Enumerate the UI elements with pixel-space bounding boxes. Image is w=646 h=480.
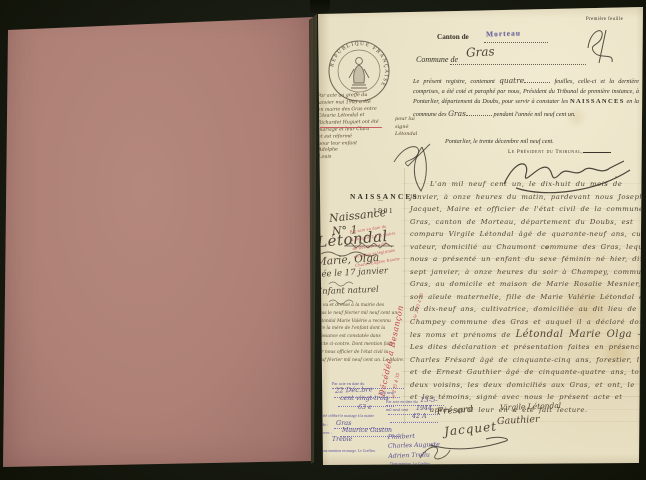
act-line: Charles Frésard âgé de cinquante-cinq an… [410, 354, 642, 367]
register-cover [0, 0, 316, 474]
section-dash: — [378, 199, 383, 204]
binding-clip [310, 0, 330, 13]
stamp2-print-line: a été célébré le mariage à la mairie [320, 414, 374, 418]
note-line: Létondal [395, 131, 417, 139]
act-line: deux voisins, les deux domiciliés aux Gr… [410, 379, 642, 392]
act-line: comparu Virgile Létondal âgé de quarante… [410, 228, 642, 241]
mention-line: par nous officier de l'état civil le [316, 349, 412, 357]
entry-word-handwritten: Naissance [328, 206, 386, 225]
margin-status-note: Enfant naturel [316, 285, 379, 297]
dotted-rule [390, 422, 438, 423]
red-underline [320, 127, 382, 128]
scanned-register-view: Première feuille Canton de Morteau Commu… [0, 0, 646, 480]
act-line: Gras, au domicile et maison de Marie Ros… [410, 278, 642, 291]
section-title: NAISSANCES [350, 192, 419, 201]
act-line: sept janvier, à onze heures du soir à Ch… [410, 266, 642, 279]
dotted-gap [524, 77, 550, 83]
act-line: de dix-neuf ans, cultivatrice, domicilié… [410, 303, 642, 316]
stamp3-ref-hand: 42 A [412, 413, 427, 420]
act-line-prefix: les noms et prénoms de [410, 331, 511, 339]
folio-paraph-flourish [578, 22, 624, 64]
stamp1-ref-hand: 63 e [358, 404, 372, 411]
stamp3-print-line: mil neuf cent [386, 407, 408, 412]
dotted-rule [386, 405, 444, 406]
secretary-note: pour lui signé Létondal [395, 116, 417, 139]
dotted-rule [484, 42, 548, 43]
stamp2-print-line: avec : [322, 430, 332, 435]
stamp2-footer: Dont mention en marge. Le Greffier. [320, 449, 376, 453]
canton-label: Canton de [437, 33, 469, 41]
signature-witness2: Gauthier [497, 414, 540, 427]
act-line: Jacquet, Maire et officier de l'état civ… [410, 203, 642, 216]
act-line-child-name: les noms et prénoms de Létondal Marie Ol… [410, 329, 642, 342]
mention-line: neuf février mil neuf cent un. Le Maire. [316, 357, 412, 365]
act-line: janvier, à onze heures du matin, pardeva… [410, 191, 642, 204]
register-page: Première feuille Canton de Morteau Commu… [314, 6, 646, 468]
stamp3-date-hand: 13-5- [420, 396, 438, 404]
act-line: son aïeule maternelle, fille de Marie Va… [410, 291, 642, 304]
stamp3-print-line: Par acte en date du [386, 399, 418, 404]
preamble-text: pendant l'année mil neuf cent un. [494, 111, 576, 118]
place-date-line: Pontarlier, le trente décembre mil neuf … [445, 138, 554, 145]
stamp1-date-hand: 22 Déc.bre [335, 385, 373, 394]
preamble-text: Le présent registre, contenant [413, 78, 495, 85]
commune-label: Commune de [416, 55, 458, 64]
act-line: L'an mil neuf cent un, le dix-huit du mo… [410, 178, 642, 191]
stamp1-year-hand: cent vingt-trois [340, 395, 389, 402]
dotted-gap [466, 110, 492, 116]
birth-act-text: L'an mil neuf cent un, le dix-huit du mo… [410, 178, 642, 416]
handwritten-sheet-count: quatre [499, 76, 524, 85]
purple-name-line: Adrien Trellu [388, 450, 440, 461]
page-content: Première feuille Canton de Morteau Commu… [316, 8, 644, 466]
stamp2-spouse-surname-hand: Treble [332, 436, 352, 443]
handwritten-commune: Gras [448, 109, 466, 118]
stamp2-print-line: de : [322, 422, 328, 427]
death-mention-date: le 2 El 4 35 [391, 373, 401, 399]
act-line: nous a présenté un enfant du sexe fémini… [410, 253, 642, 266]
seal-figure [349, 58, 369, 88]
stamp3-year-hand: 1944 [416, 405, 432, 412]
child-full-name: Létondal Marie Olga — [516, 329, 646, 340]
margin-birth-date-note: née le 17 janvier [316, 266, 388, 280]
act-line: Les dites déclaration et présentation fa… [410, 341, 642, 354]
act-line: vateur, domicilié au Chaumont commune de… [410, 241, 642, 254]
commune-name-handwritten: Gras [466, 44, 495, 59]
act-line: et de Ernest Gauthier âgé de cinquante-q… [410, 366, 642, 379]
stamp2-commune-hand: Gras [336, 419, 352, 427]
stamp2-spouse-hand: Maurice Gaston [342, 427, 392, 434]
purple-ink-names: Philibert Charles Auguste Adrien Trellu [388, 431, 441, 461]
act-line: Gras, canton de Morteau, département du … [410, 216, 642, 229]
greffier-footer-stamp: Dont mention. Le Greffier. [390, 462, 431, 466]
dotted-rule [450, 64, 586, 65]
act-line: Champey commune des Gras et auquel il a … [410, 316, 642, 329]
register-type-word: NAISSANCES [570, 98, 625, 105]
register-preamble: Le présent registre, contenant quatre fe… [413, 75, 639, 120]
note-line: signé [395, 124, 417, 132]
canton-name-stamp: Morteau [486, 28, 521, 38]
margin-rule [404, 168, 405, 424]
note-line: pour lui [395, 116, 417, 124]
